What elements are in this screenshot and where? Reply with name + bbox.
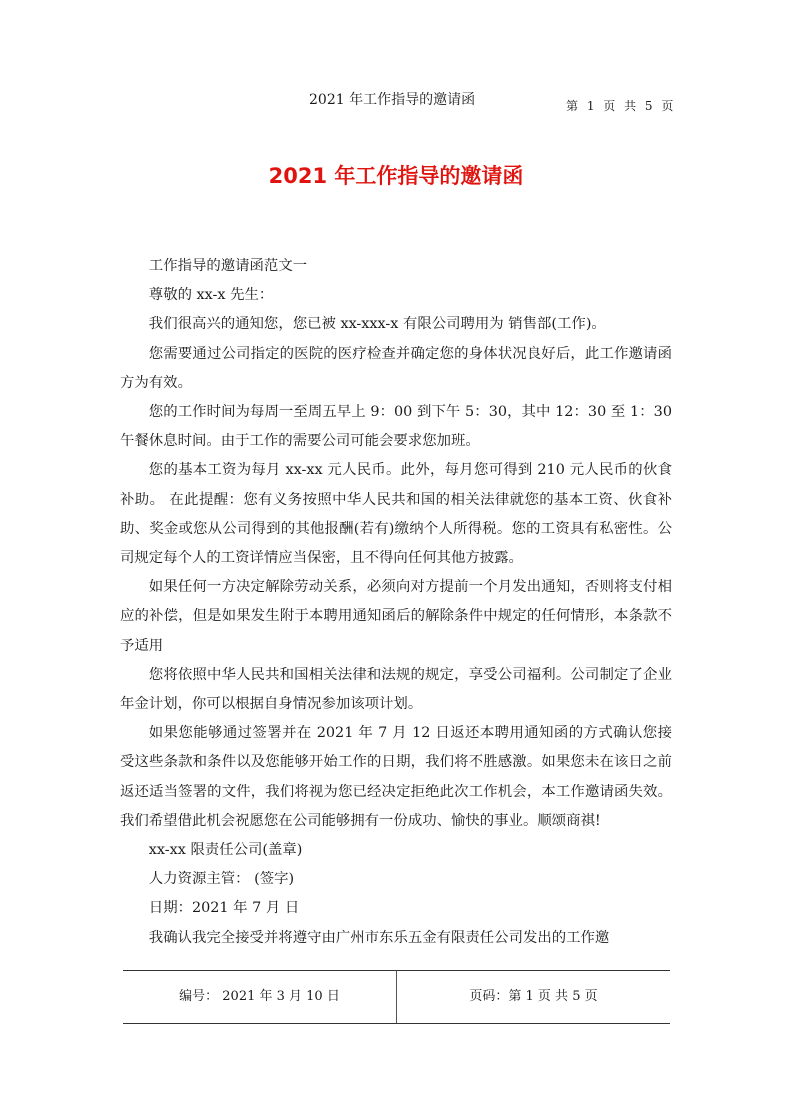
footer-serial: 编号： 2021 年 3 月 10 日 — [123, 971, 397, 1023]
paragraph-salutation: 尊敬的 xx-x 先生： — [120, 281, 672, 310]
paragraph-benefits: 您将依照中华人民共和国相关法律和法规的规定，享受公司福利。公司制定了企业年金计划… — [120, 661, 672, 719]
paragraph-medical-check: 您需要通过公司指定的医院的医疗检查并确定您的身体状况良好后，此工作邀请函方为有效… — [120, 340, 672, 398]
document-title: 2021 年工作指导的邀请函 — [0, 160, 792, 190]
company-seal-line: xx-xx 限责任公司(盖章) — [120, 836, 672, 865]
paragraph-working-hours: 您的工作时间为每周一至周五早上 9：00 到下午 5：30，其中 12：30 至… — [120, 398, 672, 456]
date-line: 日期：2021 年 7 月 日 — [120, 894, 672, 923]
paragraph-acceptance: 如果您能够通过签署并在 2021 年 7 月 12 日返还本聘用通知函的方式确认… — [120, 719, 672, 836]
paragraph-subtitle: 工作指导的邀请函范文一 — [120, 252, 672, 281]
paragraph-salary: 您的基本工资为每月 xx-xx 元人民币。此外，每月您可得到 210 元人民币的… — [120, 456, 672, 573]
document-body: 工作指导的邀请函范文一 尊敬的 xx-x 先生： 我们很高兴的通知您，您已被 x… — [120, 252, 672, 953]
paragraph-confirmation: 我确认我完全接受并将遵守由广州市东乐五金有限责任公司发出的工作邀 — [120, 924, 672, 953]
page-header-page-indicator: 第 1 页 共 5 页 — [566, 97, 673, 114]
paragraph-offer: 我们很高兴的通知您，您已被 xx-xxx-x 有限公司聘用为 销售部(工作)。 — [120, 310, 672, 339]
hr-signature-line: 人力资源主管： (签字) — [120, 865, 672, 894]
page-header-title: 2021 年工作指导的邀请函 — [309, 89, 475, 109]
paragraph-termination: 如果任何一方决定解除劳动关系，必须向对方提前一个月发出通知，否则将支付相应的补偿… — [120, 573, 672, 661]
footer-page-code: 页码：第 1 页 共 5 页 — [397, 971, 670, 1023]
page-footer-table: 编号： 2021 年 3 月 10 日 页码：第 1 页 共 5 页 — [123, 970, 670, 1024]
